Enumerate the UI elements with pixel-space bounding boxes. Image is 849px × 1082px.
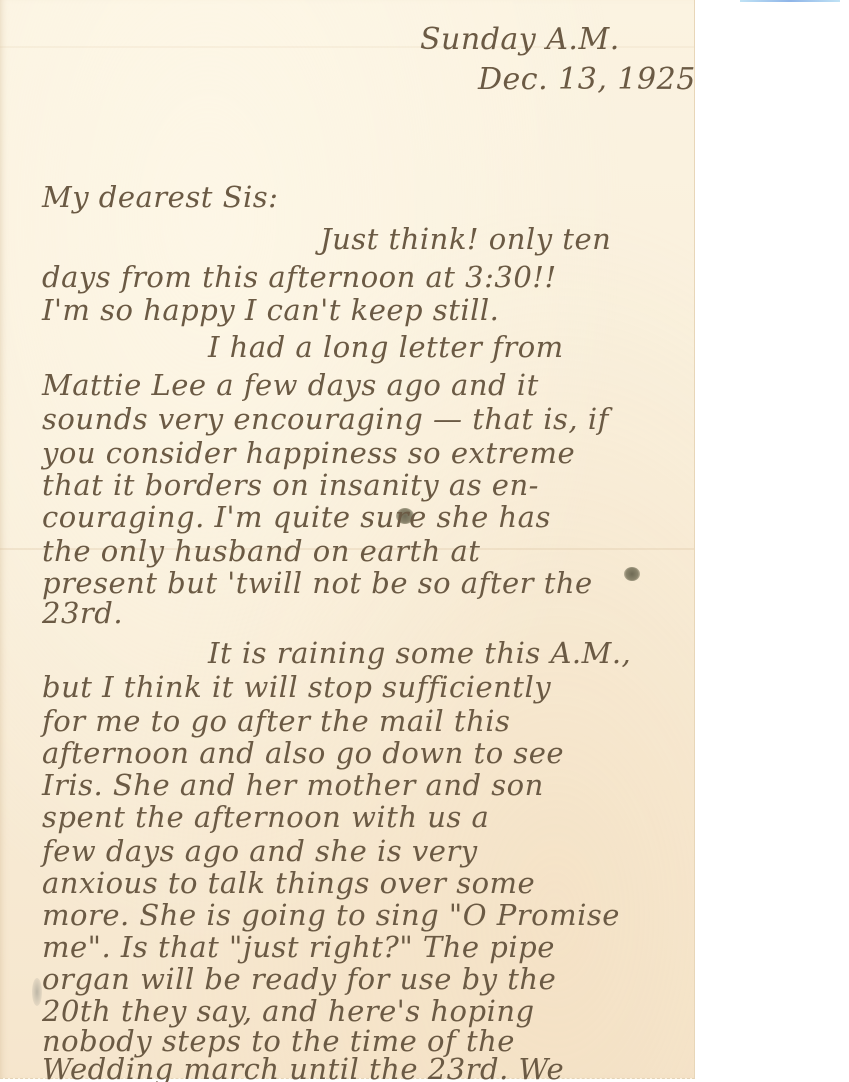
letter-line: organ will be ready for use by the — [42, 962, 556, 996]
letter-line: I had a long letter from — [208, 330, 564, 364]
letter-line: 20th they say, and here's hoping — [42, 994, 535, 1028]
letter-line: Just think! only ten — [320, 222, 611, 256]
scan-edge-artifact — [740, 0, 840, 2]
letter-line: Iris. She and her mother and son — [42, 768, 544, 802]
letter-page: Sunday A.M. Dec. 13, 1925 My dearest Sis… — [0, 0, 695, 1079]
scanned-letter: Sunday A.M. Dec. 13, 1925 My dearest Sis… — [0, 0, 849, 1082]
letter-line: present but 'twill not be so after the — [42, 566, 593, 600]
letter-date: Dec. 13, 1925 — [478, 62, 696, 97]
letter-line: afternoon and also go down to see — [42, 736, 564, 770]
letter-line: but I think it will stop sufficiently — [42, 670, 551, 704]
letter-line: anxious to talk things over some — [42, 866, 535, 900]
letter-line: you consider happiness so extreme — [42, 436, 575, 470]
letter-line: the only husband on earth at — [42, 534, 480, 568]
letter-line: for me to go after the mail this — [42, 704, 510, 738]
ink-blot — [624, 567, 640, 581]
paper-stain — [32, 978, 42, 1006]
letter-line: spent the afternoon with us a — [42, 800, 489, 834]
letter-line: days from this afternoon at 3:30!! — [42, 260, 557, 294]
letter-line: I'm so happy I can't keep still. — [42, 293, 499, 327]
letter-line: It is raining some this A.M., — [208, 636, 631, 670]
letter-line: few days ago and she is very — [42, 834, 478, 868]
letter-line: Mattie Lee a few days ago and it — [42, 368, 539, 402]
letter-line: more. She is going to sing "O Promise — [42, 898, 620, 932]
letter-line: Wedding march until the 23rd. We — [42, 1052, 564, 1082]
letter-line: sounds very encouraging — that is, if — [42, 402, 609, 436]
letter-line: that it borders on insanity as en- — [42, 468, 539, 502]
letter-line: couraging. I'm quite sure she has — [42, 500, 551, 534]
salutation: My dearest Sis: — [42, 180, 278, 214]
letter-line: 23rd. — [42, 596, 123, 630]
letter-day: Sunday A.M. — [420, 22, 620, 57]
letter-line: me". Is that "just right?" The pipe — [42, 930, 555, 964]
